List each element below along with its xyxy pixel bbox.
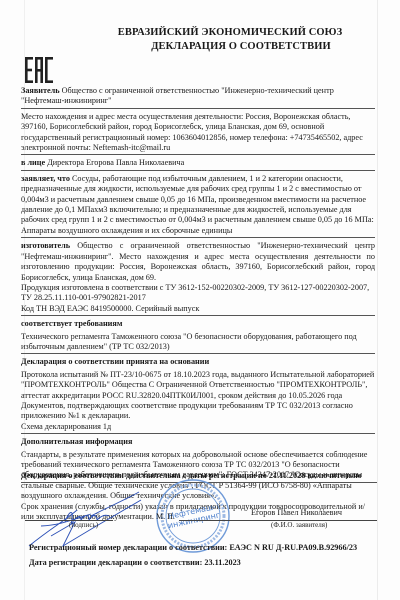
declares-section: заявляет, что Сосуды, работающие под изб… xyxy=(21,174,375,226)
location-text: Место нахождения и адрес места осуществл… xyxy=(21,112,363,152)
declaration-body: Заявитель Общество с ограниченной ответс… xyxy=(21,86,375,522)
product-name: Аппараты воздушного охлаждения и их сбор… xyxy=(21,226,375,238)
document-title: ДЕКЛАРАЦИЯ О СООТВЕТСТВИИ xyxy=(0,40,400,54)
page-margin-right xyxy=(377,0,378,600)
basis-documents: Документов, подтверждающих соответствие … xyxy=(21,401,375,422)
basis-value: Протокола испытаний № ПТ-23/10-0675 от 1… xyxy=(21,370,375,401)
signer-caption: (Ф.И.О. заявителя) xyxy=(271,521,327,529)
manufacturer-value: Общество с ограниченной ответственностью… xyxy=(21,241,375,281)
location-section: Место нахождения и адрес места осуществл… xyxy=(21,112,375,156)
declares-label: заявляет, что xyxy=(21,174,70,183)
manufacturer-section: изготовитель Общество с ограниченной отв… xyxy=(21,241,375,283)
document-header: ЕВРАЗИЙСКИЙ ЭКОНОМИЧЕСКИЙ СОЮЗ ДЕКЛАРАЦИ… xyxy=(0,26,400,54)
declares-value: Сосуды, работающие под избыточным давлен… xyxy=(21,174,374,225)
represented-value: Директора Егорова Павла Николаевича xyxy=(45,158,184,167)
declaration-page: ЕВРАЗИЙСКИЙ ЭКОНОМИЧЕСКИЙ СОЮЗ ДЕКЛАРАЦИ… xyxy=(0,0,400,600)
compliance-value: Технического регламента Таможенного союз… xyxy=(21,332,375,355)
additional-info-label: Дополнительная информация xyxy=(21,437,375,447)
seal-placeholder: М. П. xyxy=(156,512,175,521)
eac-mark-icon xyxy=(24,55,54,85)
represented-label: в лице xyxy=(21,158,45,167)
applicant-section: Заявитель Общество с ограниченной ответс… xyxy=(21,86,375,109)
signer-name: Егоров Павел Николаевич xyxy=(251,508,342,517)
registration-number: Регистрационный номер декларации о соотв… xyxy=(29,540,357,555)
basis-label: Декларация о соответствии принята на осн… xyxy=(21,357,375,367)
applicant-label: Заявитель xyxy=(21,86,60,95)
manufacturer-label: изготовитель xyxy=(21,241,70,250)
registration-date: Дата регистрации декларации о соответств… xyxy=(29,555,357,570)
union-title: ЕВРАЗИЙСКИЙ ЭКОНОМИЧЕСКИЙ СОЮЗ xyxy=(0,26,400,40)
represented-section: в лице Директора Егорова Павла Николаеви… xyxy=(21,158,375,170)
signature-area: Декларация о соответствии действительна … xyxy=(21,470,377,550)
signature-caption: (подпись) xyxy=(69,521,98,529)
specs-text: Продукция изготовлена в соответствии с Т… xyxy=(21,283,375,304)
applicant-value: Общество с ограниченной ответственностью… xyxy=(21,86,334,105)
hs-code: Код ТН ВЭД ЕАЭС 8419500000. Серийный вып… xyxy=(21,304,375,316)
declaration-scheme: Схема декларирования 1д xyxy=(21,422,375,434)
compliance-label: соответствует требованиям xyxy=(21,319,375,329)
registration-section: Регистрационный номер декларации о соотв… xyxy=(29,540,357,570)
